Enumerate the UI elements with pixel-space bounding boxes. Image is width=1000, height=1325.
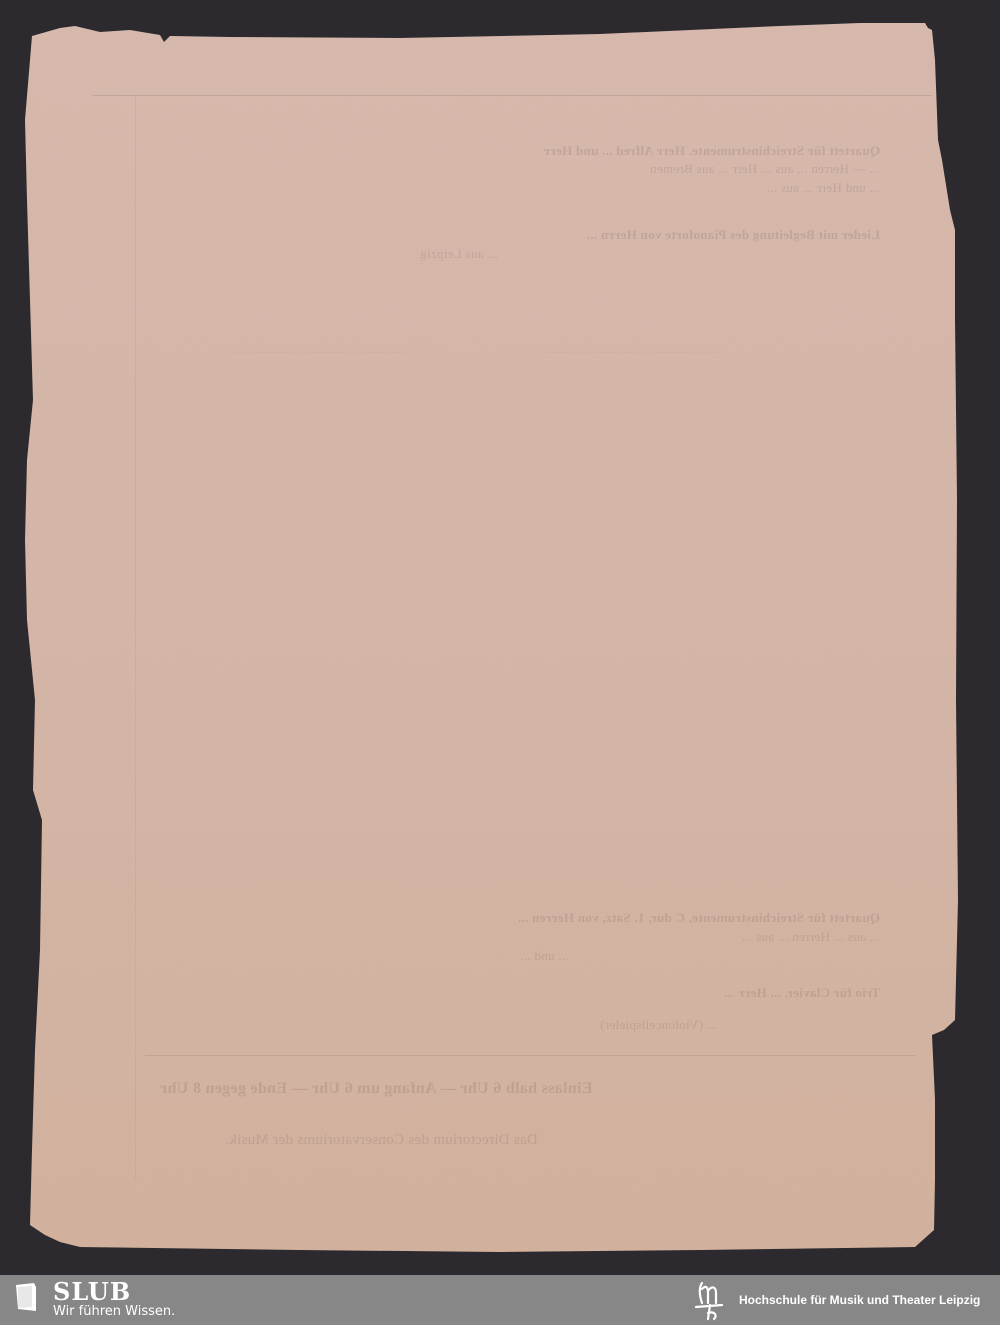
show-through-line: ... — Herren ... aus ... Herr ... aus Br… (170, 161, 880, 177)
show-through-line: Das Directorium des Conservatoriums der … (225, 1132, 538, 1149)
show-through-line: ... (Violoncellspieler) (600, 1017, 717, 1033)
show-through-line: Quartett für Streichinstrumente. Herr Al… (150, 143, 880, 159)
footer-bar: SLUB Wir führen Wissen. Hochschule für M… (0, 1275, 1000, 1325)
show-through-column: ........................................… (230, 345, 412, 356)
frame-rule-top (92, 95, 932, 96)
slub-tagline: Wir führen Wissen. (53, 1304, 175, 1319)
slub-book-icon (14, 1281, 38, 1313)
scanned-page: Quartett für Streichinstrumente. Herr Al… (0, 0, 1000, 1275)
hmt-monogram-icon (692, 1279, 732, 1323)
show-through-line: Quartett für Streichinstrumente, C dur, … (150, 910, 880, 926)
show-through-line: Einlass halb 6 Uhr — Anfang um 6 Uhr — E… (160, 1080, 592, 1098)
show-through-line: ... und ... (520, 948, 569, 964)
show-through-line: ... aus Leipzig (420, 246, 498, 262)
hmt-brand[interactable]: Hochschule für Musik und Theater Leipzig (739, 1293, 980, 1307)
show-through-line: Lieder mit Begleitung des Pianoforte von… (150, 227, 880, 243)
show-through-line: Trio für Clavier, ... Herr ... (150, 985, 880, 1001)
show-through-column: ........................................… (540, 345, 722, 356)
frame-rule-left (135, 95, 136, 1180)
show-through-line: ... und Herr ... aus ... (170, 180, 880, 196)
slub-brand[interactable]: SLUB (53, 1277, 131, 1306)
frame-rule-bottom (145, 1055, 915, 1056)
show-through-line: ... aus ... Herren ... aus ... (170, 929, 880, 945)
